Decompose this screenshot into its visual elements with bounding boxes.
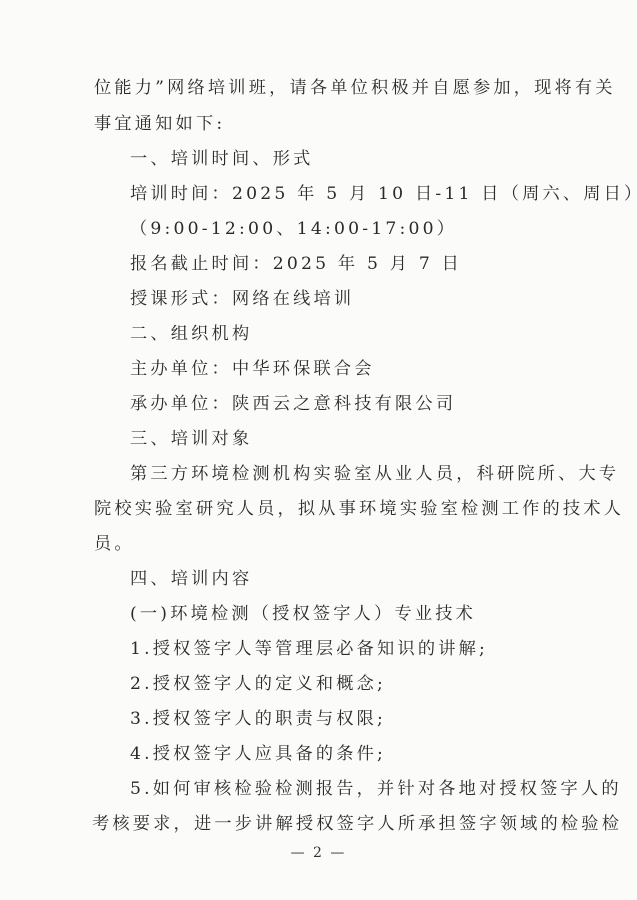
teaching-format: 授课形式：网络在线培训 <box>0 288 637 310</box>
list-item: 1.授权签字人等管理层必备知识的讲解; <box>0 638 637 660</box>
training-hours: （9:00-12:00、14:00-17:00） <box>0 218 637 240</box>
subsection-heading: (一)环境检测（授权签字人）专业技术 <box>0 603 637 625</box>
target-audience-line: 院校实验室研究人员，拟从事环境实验室检测工作的技术人 <box>0 498 637 520</box>
host-organization: 主办单位：中华环保联合会 <box>0 358 637 380</box>
list-item: 3.授权签字人的职责与权限; <box>0 708 637 730</box>
section-heading-2: 二、组织机构 <box>0 323 637 345</box>
list-item: 4.授权签字人应具备的条件; <box>0 743 637 765</box>
list-item: 5.如何审核检验检测报告，并针对各地对授权签字人的 <box>0 778 637 800</box>
registration-deadline: 报名截止时间：2025 年 5 月 7 日 <box>0 253 637 275</box>
target-audience-line: 第三方环境检测机构实验室从业人员，科研院所、大专 <box>0 463 637 485</box>
section-heading-1: 一、培训时间、形式 <box>0 148 637 170</box>
section-heading-3: 三、培训对象 <box>0 428 637 450</box>
list-item-continuation: 考核要求，进一步讲解授权签字人所承担签字领域的检验检 <box>0 813 637 835</box>
target-audience-line: 员。 <box>0 533 637 555</box>
document-page: 位能力”网络培训班，请各单位积极并自愿参加，现将有关 事宜通知如下: 一、培训时… <box>0 0 637 900</box>
page-number: — 2 — <box>0 845 637 861</box>
organizer: 承办单位：陕西云之意科技有限公司 <box>0 393 637 415</box>
list-item: 2.授权签字人的定义和概念; <box>0 673 637 695</box>
body-text-line: 事宜通知如下: <box>0 113 637 135</box>
training-time: 培训时间：2025 年 5 月 10 日-11 日（周六、周日） <box>0 183 637 205</box>
section-heading-4: 四、培训内容 <box>0 568 637 590</box>
body-text-line: 位能力”网络培训班，请各单位积极并自愿参加，现将有关 <box>0 77 637 99</box>
